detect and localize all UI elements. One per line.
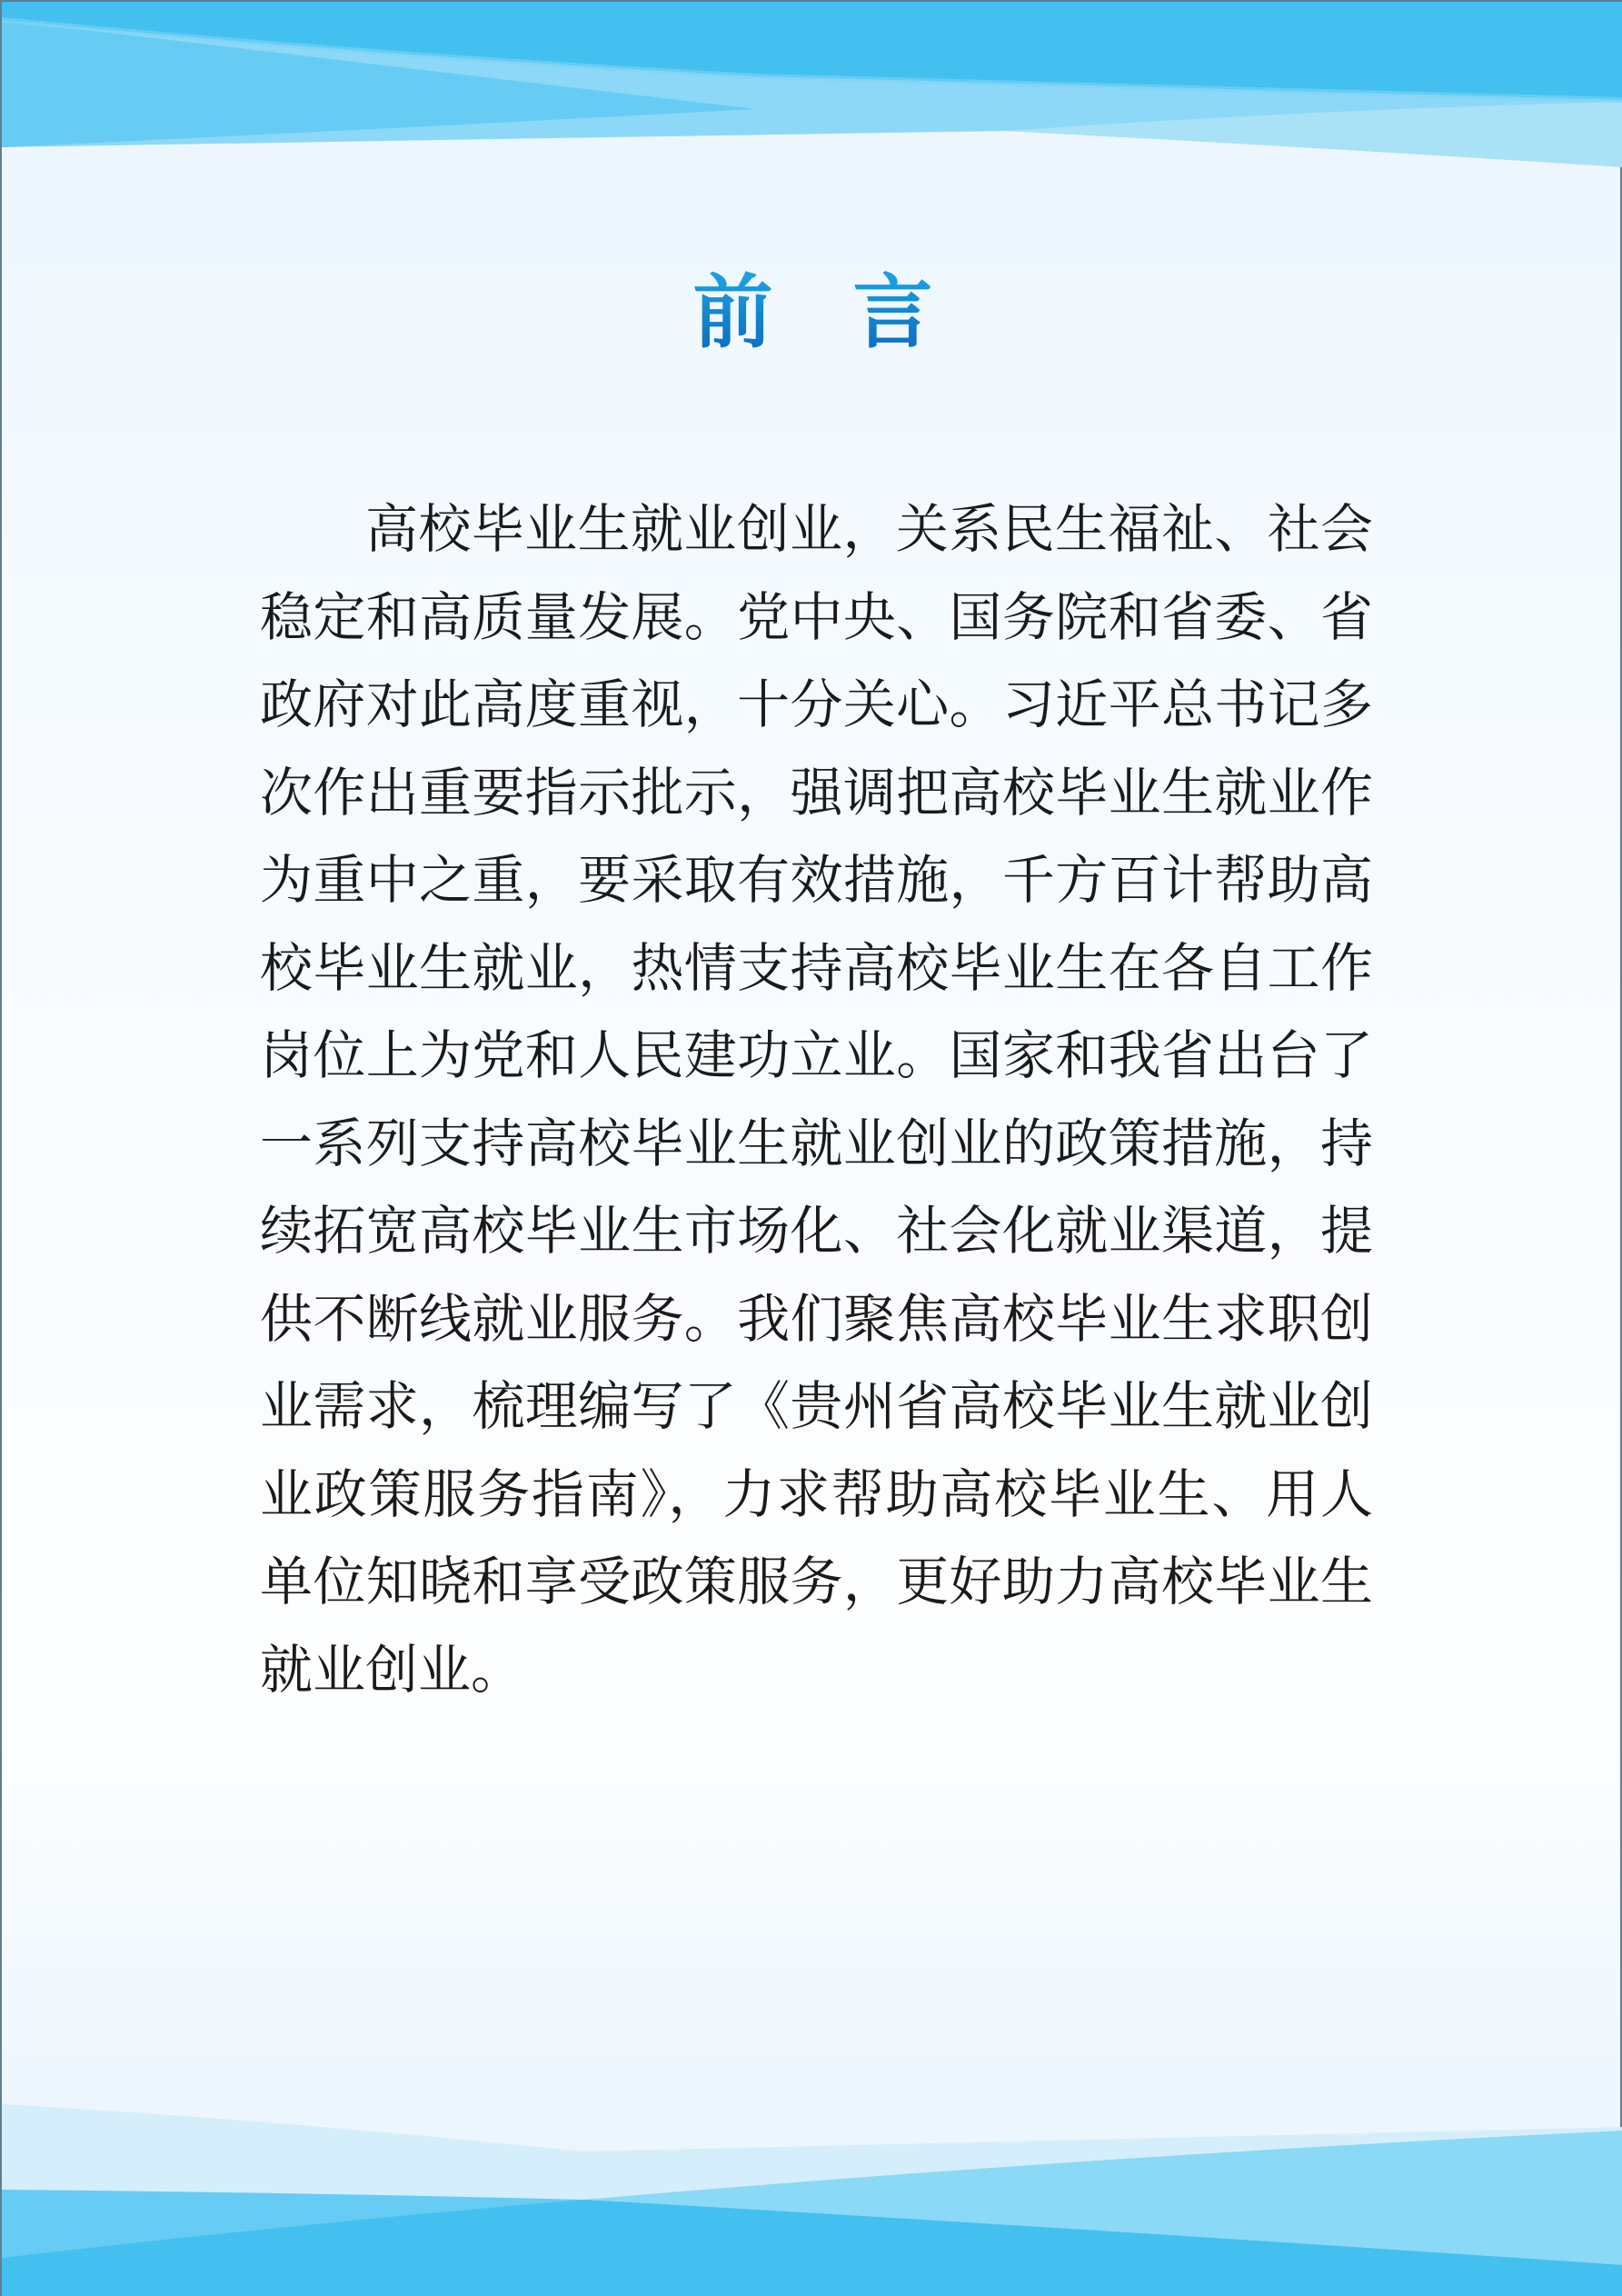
body-line: 续拓宽高校毕业生市场化、社会化就业渠道，提 <box>260 1200 1373 1262</box>
body-line: 一系列支持高校毕业生就业创业的政策措施，持 <box>260 1113 1373 1174</box>
preface-body: 高校毕业生就业创业，关系民生福祉、社会稳定和高质量发展。党中央、国务院和省委、省… <box>260 485 1373 1713</box>
bottom-wave-decoration <box>2 2104 1622 2296</box>
body-line: 供不断线就业服务。我们聚焦高校毕业生求职创 <box>260 1288 1373 1350</box>
body-line: 高校毕业生就业创业，关系民生福祉、社会 <box>365 498 1373 560</box>
body-line: 为重中之重，要采取有效措施，千方百计帮助高 <box>260 849 1373 911</box>
page-title: 前言 <box>2 267 1622 358</box>
body-line: 业需求，梳理编写了《贵州省高校毕业生就业创 <box>260 1375 1373 1437</box>
title-char-2: 言 <box>853 267 933 358</box>
body-line: 校毕业生就业，热情支持高校毕业生在各自工作 <box>260 937 1373 999</box>
body-line: 政府对此高度重视，十分关心。习近平总书记多 <box>260 674 1373 735</box>
body-line: 业政策服务指南》，力求帮助高校毕业生、用人 <box>260 1463 1373 1525</box>
body-line: 岗位上为党和人民建功立业。国家和我省出台了 <box>260 1024 1373 1086</box>
body-line: 就业创业。 <box>260 1639 523 1701</box>
title-char-1: 前 <box>692 267 772 358</box>
top-wave-decoration <box>2 2 1622 167</box>
body-line: 单位知晓和享受政策服务，更好助力高校毕业生 <box>260 1551 1373 1612</box>
preface-page: 前言 高校毕业生就业创业，关系民生福祉、社会稳定和高质量发展。党中央、国务院和省… <box>0 0 1622 2296</box>
body-line: 稳定和高质量发展。党中央、国务院和省委、省 <box>260 586 1373 648</box>
body-line: 次作出重要指示批示，强调把高校毕业生就业作 <box>260 762 1373 824</box>
